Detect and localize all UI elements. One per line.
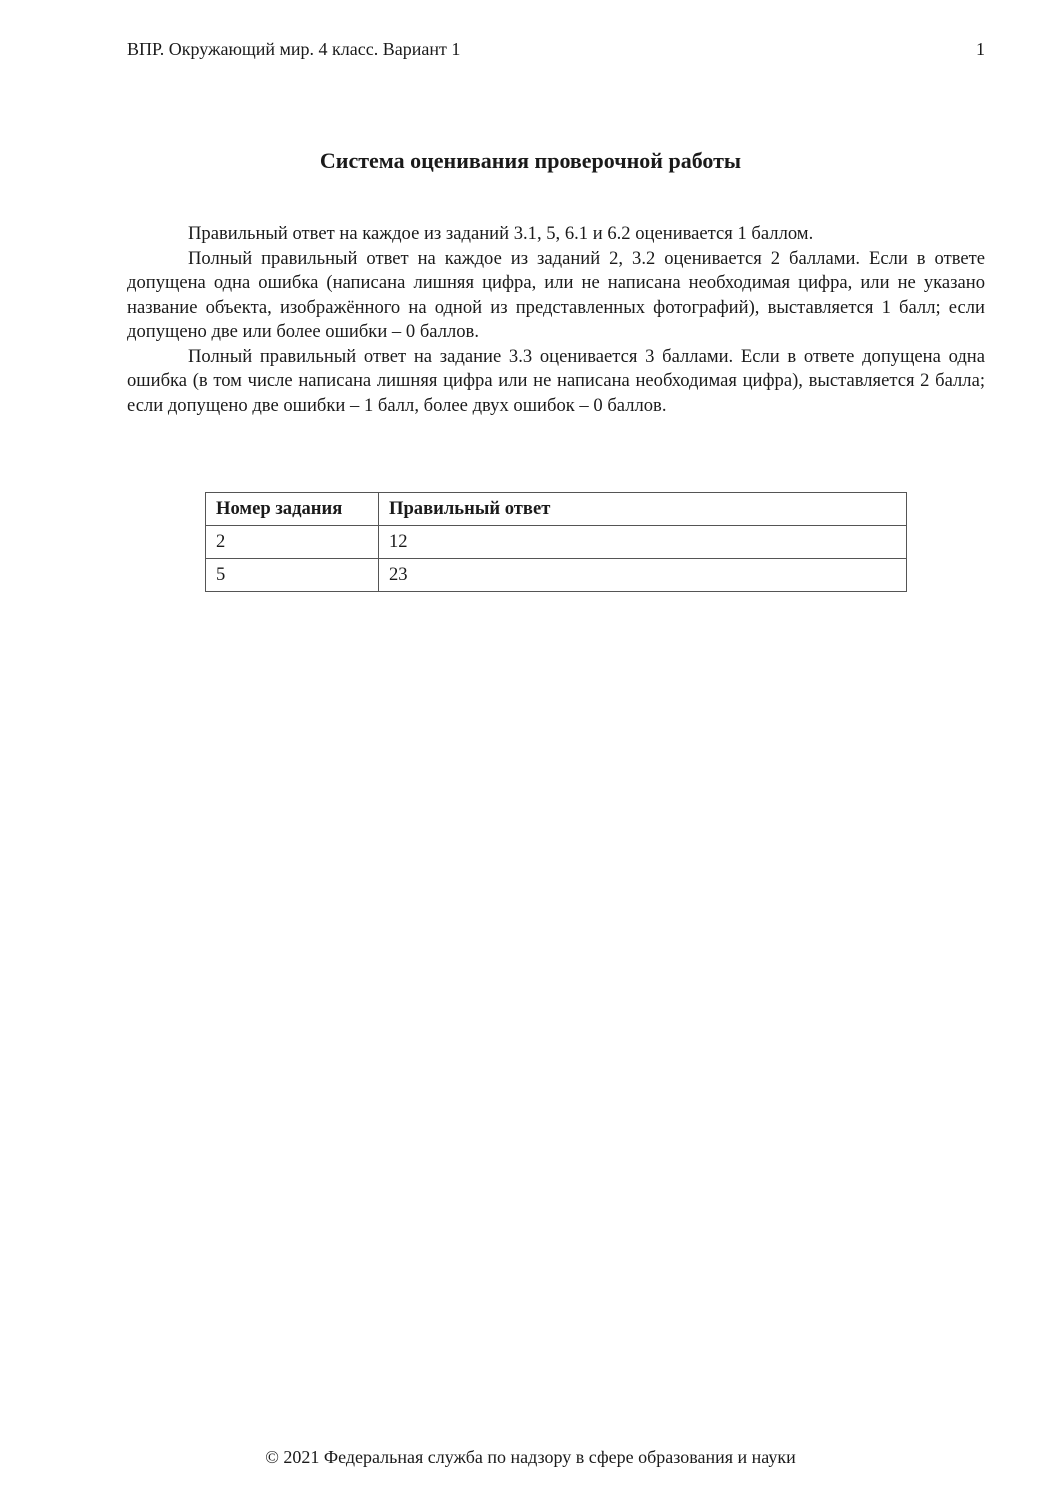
answer-cell: 12 xyxy=(379,526,907,559)
table-header-row: Номер задания Правильный ответ xyxy=(206,493,907,526)
column-header-task-number: Номер задания xyxy=(206,493,379,526)
paragraph: Полный правильный ответ на каждое из зад… xyxy=(127,247,985,345)
page-number: 1 xyxy=(976,38,985,60)
header-title: ВПР. Окружающий мир. 4 класс. Вариант 1 xyxy=(127,38,460,60)
task-number-cell: 5 xyxy=(206,559,379,592)
answer-cell: 23 xyxy=(379,559,907,592)
task-number-cell: 2 xyxy=(206,526,379,559)
table-row: 2 12 xyxy=(206,526,907,559)
table-row: 5 23 xyxy=(206,559,907,592)
page-footer: © 2021 Федеральная служба по надзору в с… xyxy=(0,1446,1061,1468)
column-header-correct-answer: Правильный ответ xyxy=(379,493,907,526)
paragraph: Правильный ответ на каждое из заданий 3.… xyxy=(127,222,985,247)
paragraph: Полный правильный ответ на задание 3.3 о… xyxy=(127,345,985,419)
document-title: Система оценивания проверочной работы xyxy=(0,148,1061,174)
scoring-rules: Правильный ответ на каждое из заданий 3.… xyxy=(127,222,985,418)
answers-table: Номер задания Правильный ответ 2 12 5 23 xyxy=(205,492,907,592)
